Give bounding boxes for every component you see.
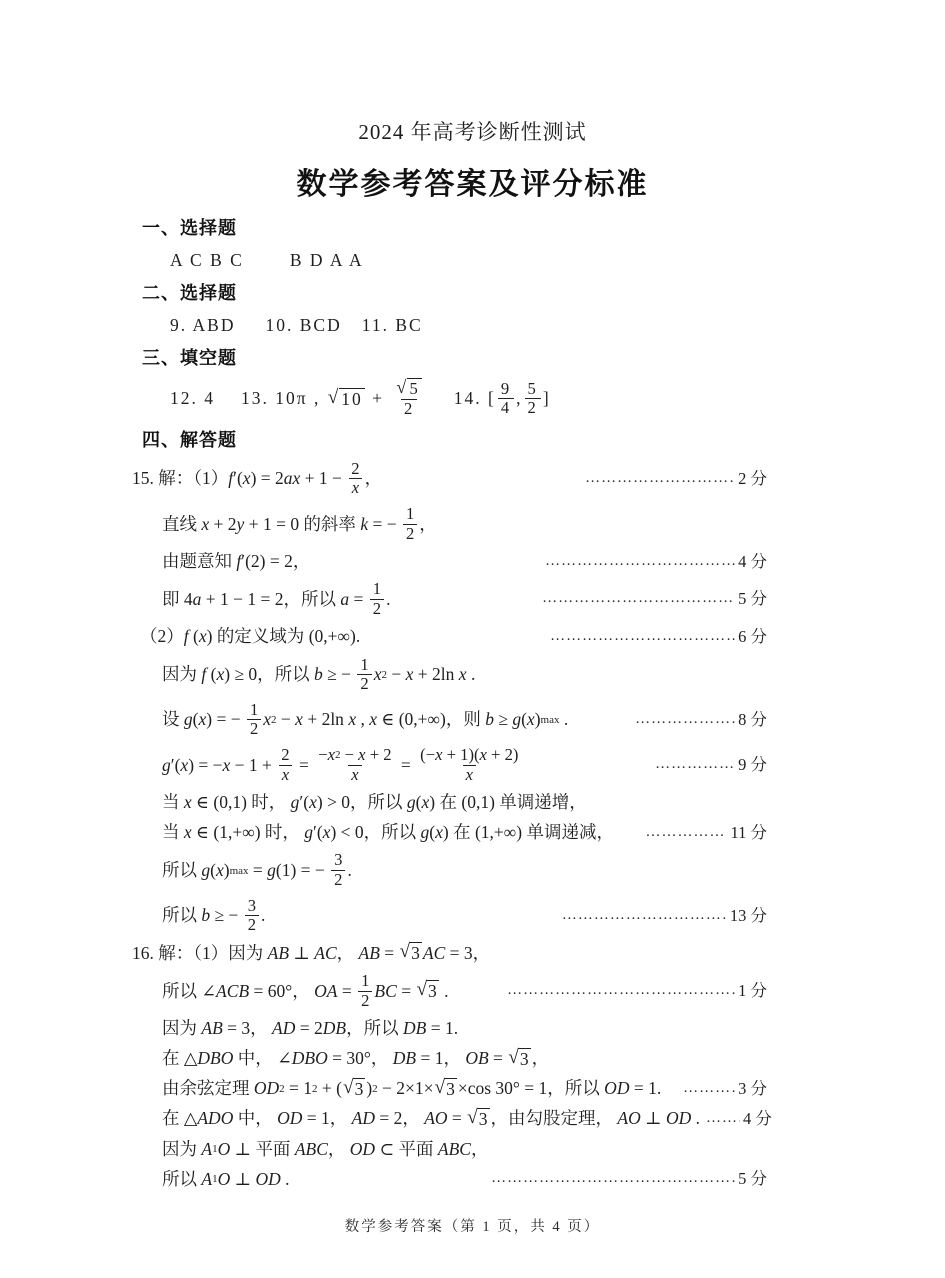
math-run: = g(1) = − [249,859,330,882]
line-content: 因为 f (x) ≥ 0，所以 b ≥ − 12x2 − x + 2ln x . [162,656,475,694]
square-root: √3 [416,980,438,1002]
fraction: √52 [392,378,425,419]
doc-subtitle: 数学参考答案及评分标准 [0,159,945,203]
text-run: 10. BCD [265,314,341,337]
line-content: 由题意知 f′(2) = 2， [162,550,310,573]
math-run: = [397,754,416,777]
math-run: 1 [361,972,369,991]
text-run: ，所以 [346,1017,403,1040]
fraction: 2x [348,460,362,498]
fraction: 32 [331,851,345,889]
math-run: 1 [250,701,258,720]
section-heading: 三、填空题 [142,347,767,371]
math-run: . [386,588,390,611]
dotted-leader: …………………………………………………………………………………………………………… [507,981,735,1001]
page-footer: 数学参考答案（第 1 页，共 4 页） [0,1215,945,1236]
line-content: 所以 ∠ACB = 60°， OA = 12BC = √3 . [162,972,449,1010]
math-run: 4a + 1 − 1 = 2 [184,588,284,611]
math-run: A [201,1168,212,1191]
math-run: DB = 1. [403,1017,458,1040]
text-run: 的定义域为 [212,625,308,648]
math-run: g′(x) = −x − 1 + [162,754,276,777]
line-content: 所以 A1O ⊥ OD . [162,1168,289,1191]
math-run: x [352,479,359,498]
text-run: ] [543,387,551,410]
line-content: 所以 b ≥ − 32. [162,897,265,935]
fraction: 94 [498,380,514,418]
square-root: √3 [467,1108,489,1130]
text-run: ， [473,942,491,965]
section-heading: 四、解答题 [142,429,767,453]
text-run: ， [330,1107,352,1130]
math-run: . [691,1107,700,1130]
math-run: x [466,766,473,785]
line-content: 一、选择题 [142,217,237,241]
math-run: . [281,1168,290,1191]
dotted-leader: …………………………………………………………………………………………………………… [645,823,727,843]
text-run: 即 [162,588,184,611]
math-run: AO = [424,1107,466,1130]
line-content: 12. 413. 10π , √10 + √5214. [94,52] [170,378,551,419]
solution-line: 所以 b ≥ − 32.…………………………………………………………………………… [162,897,767,935]
score-marker: 3 分 [738,1078,767,1100]
math-run: O ⊥ [218,1138,251,1161]
math-run: a = [340,588,367,611]
math-run: 1 [406,505,414,524]
line-content: （2）f (x) 的定义域为 (0,+∞). [140,625,360,648]
text-run: 5 [528,380,538,399]
text-run: 16. 解：（1）因为 [132,942,268,965]
text-run: 2 [528,399,538,418]
math-run: + [366,387,391,410]
line-content: 四、解答题 [142,429,237,453]
text-run: ， [337,942,359,965]
doc-title: 2024 年高考诊断性测试 [0,116,945,146]
math-run: AD = 2 [352,1107,403,1130]
text-run: ln [441,663,455,686]
math-run: = [295,754,314,777]
math-run: x [263,708,271,731]
text-run: 因为 [162,1138,201,1161]
answers-row: 9. ABD10. BCD11. BC [170,314,767,337]
text-run: 所以 [162,859,201,882]
math-run: g(x) [201,859,229,882]
text-run: ，由勾股定理， [491,1107,618,1130]
text-run: 平面 [251,1138,295,1161]
line-content: 当 x ∈ (1,+∞) 时， g′(x) < 0，所以 g(x) 在 (1,+… [162,821,614,844]
math-run: . [261,904,265,927]
math-run: × [458,1077,468,1100]
math-run: 3 [428,981,437,1002]
text-run: 11. BC [362,314,423,337]
line-content: 16. 解：（1）因为 AB ⊥ AC， AB = √3AC = 3， [132,942,490,965]
score-marker: 5 分 [738,1168,767,1190]
text-run: 平面 [394,1138,438,1161]
text-run: ， [250,1017,272,1040]
math-run: = 1 [520,1077,547,1100]
math-run: 2 [406,525,414,544]
score-marker: 9 分 [738,754,767,776]
math-run: 2 [281,746,289,765]
math-run: BC = [374,980,415,1003]
math-run: b ≥ g(x) [485,708,540,731]
text-run: ， [328,1138,350,1161]
section-heading: 一、选择题 [142,217,767,241]
text-run: ， [419,513,437,536]
dotted-leader: …………………………………………………………………………………………………………… [706,1109,740,1129]
solution-line: 由题意知 f′(2) = 2，…………………………………………………………………… [162,550,767,573]
fraction: 12 [403,505,417,543]
fraction: 12 [247,701,261,739]
text-run: 在 [449,821,475,844]
solution-line: 即 4a + 1 − 1 = 2，所以 a = 12.…………………………………… [162,580,767,618]
text-run: 的斜率 [299,513,360,536]
math-run: 2 [373,600,381,619]
solution-line: 在 △DBO 中， ∠DBO = 30°， DB = 1， OB = √3， [162,1047,767,1070]
solution-line: 所以 ∠ACB = 60°， OA = 12BC = √3 .………………………… [162,972,767,1010]
text-run: 10 [341,389,363,410]
math-run: AB = 3 [201,1017,250,1040]
text-run: cos 30° [468,1077,520,1100]
text-run: 在 [435,791,461,814]
text-run: 13. 10π , [241,387,327,410]
math-run: OA = [314,980,356,1003]
dotted-leader: …………………………………………………………………………………………………………… [545,552,735,572]
math-run: OD = 1 [277,1107,330,1130]
math-run: AB ⊥ AC [268,942,337,965]
text-run: 12. 4 [170,387,215,410]
math-run: 3 [248,897,256,916]
dotted-leader: …………………………………………………………………………………………………………… [550,627,735,647]
math-run: ∠DBO = 30° [277,1047,371,1070]
text-run: ，所以 [257,663,314,686]
math-run: ∠ACB = 60° [201,980,292,1003]
math-run: x [351,766,358,785]
line-content: 二、选择题 [142,282,237,306]
text-run: ，所以 [547,1077,604,1100]
math-run: . [440,980,449,1003]
math-run: x ∈ (0,1) [184,791,247,814]
text-run: ，所以 [284,588,341,611]
math-run: 3 [411,943,420,964]
text-run: （2） [140,625,184,648]
math-run: f (x) ≥ 0 [201,663,257,686]
math-run: b ≥ − [314,663,355,686]
math-run: − x + 2 [340,746,391,765]
text-run: 所以 [162,904,201,927]
line-content: 15. 解：（1）f′(x) = 2ax + 1 − 2x， [132,460,382,498]
text-run: , [516,387,522,410]
fraction: 12 [358,972,372,1010]
text-run: 15. 解：（1） [132,467,228,490]
line-content: 设 g(x) = − 12x2 − x + 2ln x , x ∈ (0,+∞)… [162,701,568,739]
line-content: 即 4a + 1 − 1 = 2，所以 a = 12. [162,580,390,618]
line-content: 因为 A1O ⊥ 平面 ABC， OD ⊂ 平面 ABC， [162,1138,488,1161]
text-run: 中， [233,1047,277,1070]
math-run: − x + 2 [387,663,441,686]
solution-line: 15. 解：（1）f′(x) = 2ax + 1 − 2x，…………………………… [132,460,767,498]
square-root: √5 [396,378,421,399]
text-run: 单调递增， [495,791,587,814]
fraction: −x2 − x + 2x [315,746,394,784]
text-run: B D A A [290,249,364,272]
score-marker: 8 分 [738,709,767,731]
score-marker: 5 分 [738,588,767,610]
dotted-leader: …………………………………………………………………………………………………………… [562,906,727,926]
math-run: k = − [360,513,401,536]
math-run: 2 [334,871,342,890]
text-run: 在 [162,1107,184,1130]
math-run: 2 [360,675,368,694]
text-run: 四、解答题 [142,429,237,453]
line-content: 当 x ∈ (0,1) 时， g′(x) > 0，所以 g(x) 在 (0,1)… [162,791,587,814]
solution-line: 因为 f (x) ≥ 0，所以 b ≥ − 12x2 − x + 2ln x . [162,656,767,694]
math-run: x + 2y + 1 = 0 [201,513,299,536]
math-run: 2 [248,916,256,935]
score-marker: 2 分 [738,468,767,490]
math-run: g(x) [407,791,435,814]
solution-line: 所以 g(x)max = g(1) = − 32. [162,851,767,889]
score-marker: 13 分 [730,905,767,927]
solution-line: 所以 A1O ⊥ OD .………………………………………………………………………… [162,1168,767,1191]
text-run: ，所以 [350,791,407,814]
line-content: 三、填空题 [142,347,237,371]
math-run: 3 [355,1079,364,1100]
math-run: x . [454,663,475,686]
square-root: √3 [343,1078,365,1100]
math-run: 2 [351,460,359,479]
line-content: 9. ABD10. BCD11. BC [170,314,423,337]
text-run: 2 [404,400,414,419]
score-marker: 4 分 [738,551,767,573]
fraction: 32 [245,897,259,935]
line-content: 在 △ADO 中， OD = 1， AD = 2， AO = √3，由勾股定理，… [162,1107,700,1130]
math-run: g(x) [421,821,449,844]
solution-line: 设 g(x) = − 12x2 − x + 2ln x , x ∈ (0,+∞)… [162,701,767,739]
square-root: √3 [508,1048,530,1070]
solution-line: 在 △ADO 中， OD = 1， AD = 2， AO = √3，由勾股定理，… [162,1107,767,1130]
answers-row: A C B CB D A A [170,249,767,272]
math-run: OD ⊂ [350,1138,394,1161]
text-run: 在 [162,1047,184,1070]
math-run: 1 [373,580,381,599]
dotted-leader: …………………………………………………………………………………………………………… [655,755,735,775]
math-run: (0,+∞). [309,625,361,648]
solution-line: 由余弦定理 OD2 = 12 + (√3)2 − 2×1×√3×cos 30° … [162,1077,767,1100]
text-run: 直线 [162,513,201,536]
math-run: (0,1) [461,791,495,814]
solution-line: 当 x ∈ (1,+∞) 时， g′(x) < 0，所以 g(x) 在 (1,+… [162,821,767,844]
text-run: 由余弦定理 [162,1077,254,1100]
math-run: 3 [520,1049,529,1070]
text-run: 5 [409,379,419,399]
square-root: √3 [435,1078,457,1100]
math-run: ABC [295,1138,328,1161]
math-run: g(x) = − [184,708,245,731]
document-body: 一、选择题A C B CB D A A二、选择题9. ABD10. BCD11.… [132,217,767,1191]
math-run: AC = 3 [423,942,473,965]
math-run: b ≥ − [201,904,242,927]
document-header: 2024 年高考诊断性测试 数学参考答案及评分标准 [0,0,945,203]
text-run: 当 [162,791,184,814]
math-run: f (x) [184,625,213,648]
score-marker: 6 分 [738,626,767,648]
solution-line: 因为 A1O ⊥ 平面 ABC， OD ⊂ 平面 ABC， [162,1138,767,1161]
math-run: OB = [465,1047,507,1070]
text-run: 时， [261,821,305,844]
document-page: 2024 年高考诊断性测试 数学参考答案及评分标准 一、选择题A C B CB … [0,0,945,1278]
text-run: 设 [162,708,184,731]
solution-line: （2）f (x) 的定义域为 (0,+∞).………………………………………………… [140,625,767,648]
math-run: (−x + 1)(x + 2) [420,746,518,765]
line-content: A C B CB D A A [170,249,364,272]
text-run: ， [365,467,383,490]
math-run: ABC [438,1138,471,1161]
math-run: + ( [318,1077,342,1100]
dotted-leader: …………………………………………………………………………………………………………… [542,589,735,609]
math-run: g′(x) < 0 [304,821,363,844]
text-run: 14. [ [454,387,496,410]
math-run: AD = 2DB [272,1017,346,1040]
text-run: ， [532,1047,550,1070]
line-content: 所以 g(x)max = g(1) = − 32. [162,851,352,889]
math-run: A [201,1138,212,1161]
line-content: 由余弦定理 OD2 = 12 + (√3)2 − 2×1×√3×cos 30° … [162,1077,661,1100]
line-content: 直线 x + 2y + 1 = 0 的斜率 k = − 12， [162,505,437,543]
math-run: x ∈ (1,+∞) [184,821,261,844]
text-run: ，所以 [364,821,421,844]
math-run: − 2×1× [378,1077,434,1100]
line-content: 因为 AB = 3， AD = 2DB，所以 DB = 1. [162,1017,458,1040]
text-run: 二、选择题 [142,282,237,306]
text-run: ， [292,980,314,1003]
math-run: 2 [250,720,258,739]
math-run: AB = [359,942,399,965]
math-run: x [282,766,289,785]
text-run: ln [330,708,344,731]
math-run: 3 [479,1109,488,1130]
math-run: O ⊥ OD [218,1168,281,1191]
math-run: 2 [361,992,369,1011]
solution-line: g′(x) = −x − 1 + 2x = −x2 − x + 2x = (−x… [162,746,767,784]
math-run: OD [254,1077,279,1100]
math-run: −x [318,746,335,765]
dotted-leader: …………………………………………………………………………………………………………… [585,469,735,489]
line-content: g′(x) = −x − 1 + 2x = −x2 − x + 2x = (−x… [162,746,523,784]
text-run: ， [443,1047,465,1070]
section-heading: 二、选择题 [142,282,767,306]
text-run: 9 [501,380,511,399]
square-root: √3 [400,942,422,964]
text-run: ， [371,1047,393,1070]
text-run: 三、填空题 [142,347,237,371]
math-run: 3 [446,1079,455,1100]
fraction: (−x + 1)(x + 2)x [417,746,521,784]
dotted-leader: …………………………………………………………………………………………………………… [683,1079,735,1099]
line-content: 在 △DBO 中， ∠DBO = 30°， DB = 1， OB = √3， [162,1047,549,1070]
fraction: 12 [357,656,371,694]
math-run: DB = 1 [393,1047,444,1070]
solution-line: 直线 x + 2y + 1 = 0 的斜率 k = − 12， [162,505,767,543]
text-run: 单调递减， [522,821,614,844]
text-run: ， [471,1138,489,1161]
text-run: ， [402,1107,424,1130]
math-run: 1 [360,656,368,675]
math-run: x [374,663,382,686]
math-run: (1,+∞) [475,821,522,844]
math-run: AO ⊥ OD [617,1107,691,1130]
math-run: x , x ∈ (0,+∞) [344,708,446,731]
math-run: 3 [334,851,342,870]
text-run: 一、选择题 [142,217,237,241]
math-run: f′(2) = 2 [236,550,292,573]
fraction: 52 [525,380,541,418]
math-run: . [559,708,568,731]
text-run: 4 [501,399,511,418]
math-run: . [347,859,351,882]
text-run: 9. ABD [170,314,235,337]
score-marker: 4 分 [743,1108,772,1130]
solution-line: 16. 解：（1）因为 AB ⊥ AC， AB = √3AC = 3， [132,942,767,965]
fraction: 2x [278,746,292,784]
text-run: 中， [233,1107,277,1130]
text-run: 时， [247,791,291,814]
text-run: 所以 [162,980,201,1003]
answers-row: 12. 413. 10π , √10 + √5214. [94,52] [170,378,767,419]
score-marker: 11 分 [730,822,767,844]
text-run: 由题意知 [162,550,236,573]
dotted-leader: …………………………………………………………………………………………………………… [491,1169,735,1189]
score-marker: 1 分 [738,980,767,1002]
math-run: − x + 2 [277,708,331,731]
solution-line: 当 x ∈ (0,1) 时， g′(x) > 0，所以 g(x) 在 (0,1)… [162,791,767,814]
text-run: 因为 [162,1017,201,1040]
solution-line: 因为 AB = 3， AD = 2DB，所以 DB = 1. [162,1017,767,1040]
text-run: 因为 [162,663,201,686]
text-run: 当 [162,821,184,844]
text-run: A C B C [170,249,244,272]
text-run: ， [293,550,311,573]
text-run: 所以 [162,1168,201,1191]
math-run: OD = 1. [604,1077,661,1100]
square-root: √10 [328,388,365,410]
math-run: = 1 [285,1077,312,1100]
dotted-leader: …………………………………………………………………………………………………………… [635,710,735,730]
math-run: g′(x) > 0 [291,791,350,814]
math-run: △ADO [184,1107,233,1130]
math-run: f′(x) = 2ax + 1 − [228,467,346,490]
fraction: 12 [370,580,384,618]
math-run: △DBO [184,1047,233,1070]
text-run: ，则 [446,708,485,731]
